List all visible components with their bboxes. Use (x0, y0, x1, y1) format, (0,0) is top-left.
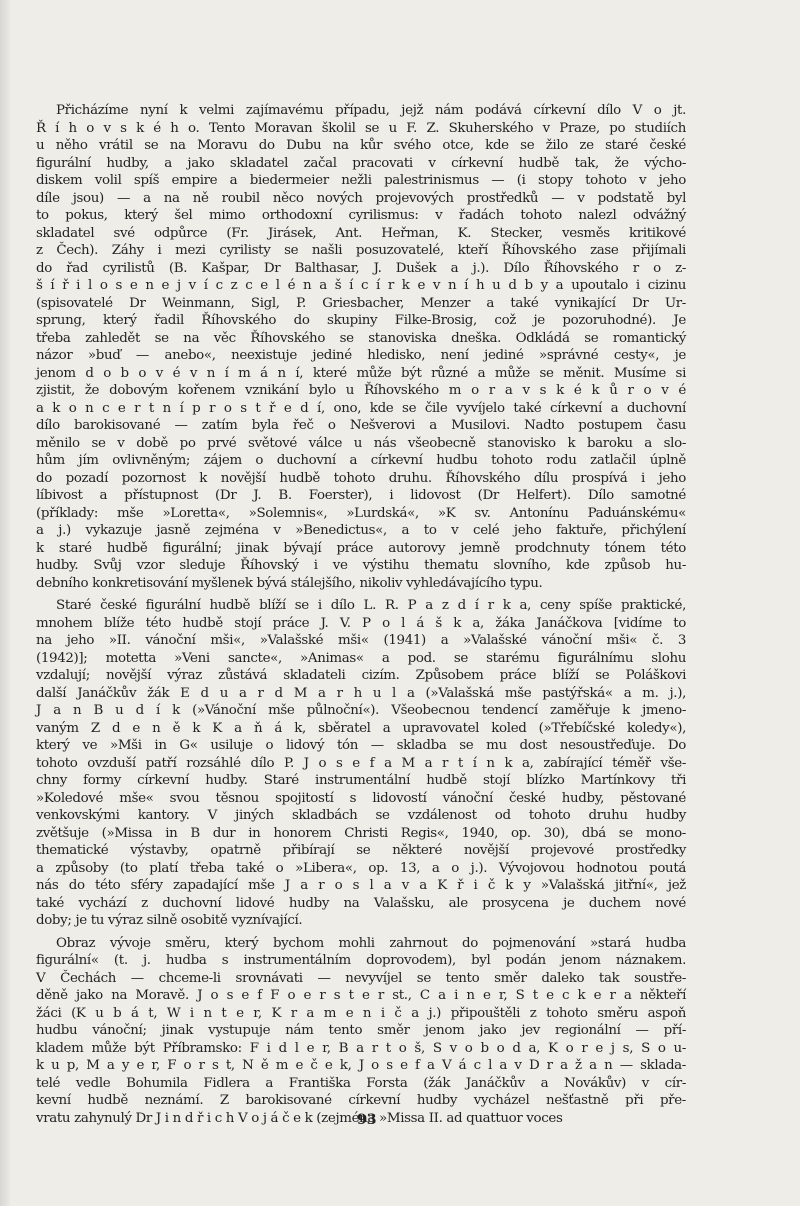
text-line: »Koledové mše« svou těsnou spojitostí s … (36, 790, 686, 808)
text-line: sprung, který řadil Říhovského do skupin… (36, 312, 686, 330)
text-line: Obraz vývoje směru, který bychom mohli z… (36, 935, 686, 953)
text-line: Ř í h o v s k é h o. Tento Moravan školi… (36, 120, 686, 138)
text-line: venkovskými kantory. V jiných skladbách … (36, 807, 686, 825)
text-line: tohoto ovzduší patří rozsáhlé dílo P. J … (36, 755, 686, 773)
text-line: V Čechách — chceme-li srovnávati — nevyv… (36, 970, 686, 988)
text-line: a j.) vykazuje jasně zejména v »Benedict… (36, 522, 686, 540)
text-line: na jeho »II. vánoční mši«, »Valašské mši… (36, 632, 686, 650)
paragraph-2: Staré české figurální hudbě blíží se i d… (36, 597, 686, 930)
text-line: (spisovatelé Dr Weinmann, Sigl, P. Gries… (36, 295, 686, 313)
text-line: thematické výstavby, opatrně přibírají s… (36, 842, 686, 860)
text-line: diskem volil spíš empire a biedermeier n… (36, 172, 686, 190)
body-text: Přicházíme nyní k velmi zajímavému přípa… (36, 102, 686, 1127)
text-line: figurální« (t. j. hudba s instrumentální… (36, 952, 686, 970)
text-line: měnilo se v době po prvé světové válce u… (36, 435, 686, 453)
paragraph-3: Obraz vývoje směru, který bychom mohli z… (36, 935, 686, 1128)
text-line: děně jako na Moravě. J o s e f F o e r s… (36, 987, 686, 1005)
text-line: další Janáčkův žák E d u a r d M a r h u… (36, 685, 686, 703)
text-line: š í ř i l o s e n e j v í c z c e l é n … (36, 277, 686, 295)
text-line: díle jsou) — a na ně roubil něco nových … (36, 190, 686, 208)
text-line: k u p, M a y e r, F o r s t, N ě m e č e… (36, 1057, 686, 1075)
text-line: vaným Z d e n ě k K a ň á k, sběratel a … (36, 720, 686, 738)
text-line: do pozadí pozornost k novější hudbě toho… (36, 470, 686, 488)
text-line: kevní hudbě neznámí. Z barokisované círk… (36, 1092, 686, 1110)
text-line: hudbu vánoční; jinak vystupuje nám tento… (36, 1022, 686, 1040)
text-line: u něho vrátil se na Moravu do Dubu na ků… (36, 137, 686, 155)
text-line: k staré hudbě figurální; jinak bývají pr… (36, 540, 686, 558)
text-line: doby; je tu výraz silně osobitě vyznívaj… (36, 912, 686, 930)
text-line: skladatel své odpůrce (Fr. Jirásek, Ant.… (36, 225, 686, 243)
text-line: zvětšuje (»Missa in B dur in honorem Chr… (36, 825, 686, 843)
text-line: třeba zahledět se na věc Říhovského se s… (36, 330, 686, 348)
text-line: hudby. Svůj vzor sleduje Říhovský i ve v… (36, 557, 686, 575)
text-line: názor »buď — anebo«, neexistuje jediné h… (36, 347, 686, 365)
text-line: (příklady: mše »Loretta«, »Solemnis«, »L… (36, 505, 686, 523)
page-edge-shadow (0, 0, 10, 1206)
text-line: vzdalují; novější výraz zůstává skladate… (36, 667, 686, 685)
text-line: debního konkretisování myšlenek bývá stá… (36, 575, 686, 593)
text-line: do řad cyrilistů (B. Kašpar, Dr Balthasa… (36, 260, 686, 278)
text-line: chny formy církevní hudby. Staré instrum… (36, 772, 686, 790)
text-line: nás do této sféry zapadající mše J a r o… (36, 877, 686, 895)
text-line: také vychází z duchovní lidové hudby na … (36, 895, 686, 913)
paragraph-1: Přicházíme nyní k velmi zajímavému přípa… (36, 102, 686, 592)
text-line: který ve »Mši in G« usiluje o lidový tón… (36, 737, 686, 755)
text-line: a k o n c e r t n í p r o s t ř e d í, o… (36, 400, 686, 418)
text-line: figurální hudby, a jako skladatel začal … (36, 155, 686, 173)
text-line: a způsoby (to platí třeba také o »Libera… (36, 860, 686, 878)
text-line: Staré české figurální hudbě blíží se i d… (36, 597, 686, 615)
text-line: žáci (K u b á t, W i n t e r, K r a m e … (36, 1005, 686, 1023)
text-line: dílo barokisované — zatím byla řeč o Neš… (36, 417, 686, 435)
text-line: z Čech). Záhy i mezi cyrilisty se našli … (36, 242, 686, 260)
text-line: zjistit, že dobovým kořenem vznikání byl… (36, 382, 686, 400)
text-line: kladem může být Příbramsko: F i d l e r,… (36, 1040, 686, 1058)
page-number: 93 (357, 1112, 376, 1128)
text-line: jenom d o b o v é v n í m á n í, které m… (36, 365, 686, 383)
text-line: telé vedle Bohumila Fidlera a Františka … (36, 1075, 686, 1093)
text-line: Přicházíme nyní k velmi zajímavému přípa… (36, 102, 686, 120)
text-line: líbivost a přístupnost (Dr J. B. Foerste… (36, 487, 686, 505)
text-line: to pokus, který šel mimo orthodoxní cyri… (36, 207, 686, 225)
text-line: (1942)]; motetta »Veni sancte«, »Animas«… (36, 650, 686, 668)
text-line: hům jím ovlivněným; zájem o duchovní a c… (36, 452, 686, 470)
text-line: mnohem blíže této hudbě stojí práce J. V… (36, 615, 686, 633)
text-line: J a n B u d í k (»Vánoční mše půlnoční«)… (36, 702, 686, 720)
